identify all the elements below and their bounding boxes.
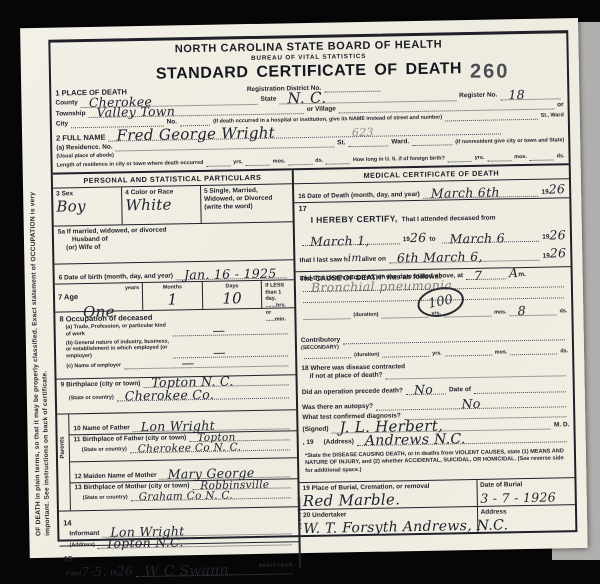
margin-line: OF DEATH in plain terms, so that it may … bbox=[29, 192, 42, 536]
register-no-value: 18 bbox=[508, 89, 525, 102]
age-row: 7 Age years One Months 1 Days 10 bbox=[55, 280, 294, 312]
cause-footnote: *State the DISEASE CAUSING DEATH, or in … bbox=[305, 448, 568, 475]
signed-label: (Signed) bbox=[302, 426, 328, 435]
state-value: N. C. bbox=[287, 90, 326, 106]
certificate-form: NORTH CAROLINA STATE BOARD OF HEALTH BUR… bbox=[48, 30, 577, 541]
full-name-value: Fred George Wright bbox=[116, 126, 275, 144]
father-birthplace-row: 11 Birthplace of Father (city or town) T… bbox=[70, 431, 297, 462]
place-of-burial-cell: 19 Place of Burial, Cremation, or remova… bbox=[299, 480, 476, 509]
undertaker-cell: 20 Undertaker W. T. Forsyth Andrews, N.C… bbox=[300, 507, 477, 536]
scanned-death-certificate: OF DEATH in plain terms, so that it may … bbox=[0, 0, 600, 584]
parents-group: Parents 10 Name of Father Lon Wright 11 … bbox=[57, 410, 298, 510]
parents-label: Parents bbox=[60, 436, 66, 458]
township-value: Valley Town bbox=[96, 106, 175, 120]
informant-number: 14 bbox=[63, 518, 72, 527]
occupation-b-label: (b) General nature of industry, business… bbox=[66, 338, 170, 360]
state-label: State bbox=[260, 96, 276, 104]
certify-block: 17 I HEREBY CERTIFY, That I attended dec… bbox=[294, 198, 570, 272]
duration-days-value: 8 bbox=[518, 305, 526, 318]
filed-year: 26 bbox=[117, 565, 134, 578]
age-days-value: 10 bbox=[222, 289, 242, 307]
certificate-number-stamp: 260 bbox=[470, 61, 509, 84]
occupation-a-label: (a) Trade, Profession, or particular kin… bbox=[66, 323, 170, 338]
city-label: City bbox=[56, 120, 68, 128]
occupation-b-value: — bbox=[213, 347, 226, 360]
attended-to-date: March 6 bbox=[449, 232, 505, 246]
father-name-label: 10 Name of Father bbox=[73, 424, 129, 433]
sex-value: Boy bbox=[56, 197, 86, 216]
last-saw-year: 26 bbox=[550, 248, 567, 261]
where-contracted-label2: if not at place of death? bbox=[309, 372, 382, 381]
last-saw-label: that I last saw h bbox=[299, 256, 348, 265]
residence-ward-label: Ward. bbox=[391, 138, 409, 146]
cause-of-death-block: The CAUSE OF DEATH* was as follows: Bron… bbox=[296, 267, 572, 336]
sex-color-marital-row: 3 Sex Boy 4 Color or Race White 5 Single… bbox=[53, 184, 293, 226]
occupation-c-label: (c) Name of employer bbox=[66, 362, 121, 370]
pencil-number: 623 bbox=[352, 127, 374, 138]
years-label: years bbox=[125, 285, 139, 292]
sex-cell: 3 Sex Boy bbox=[53, 187, 122, 225]
undertaker-row: 20 Undertaker W. T. Forsyth Andrews, N.C… bbox=[300, 505, 575, 536]
age-months-cell: Months 1 bbox=[142, 282, 202, 310]
residence-st-label: St. bbox=[337, 139, 345, 147]
secondary-label: (SECONDARY) bbox=[301, 344, 339, 351]
marital-cell: 5 Single, Married, Widowed, or Divorced … bbox=[200, 184, 293, 223]
date-of-burial-value: 3 - 7 - 1926 bbox=[480, 489, 556, 505]
signature-19-label: , 19 bbox=[303, 439, 314, 447]
dob-label: 6 Date of birth (month, day, and year) bbox=[59, 272, 174, 282]
filed-number: 15 bbox=[64, 554, 73, 563]
or-label: or bbox=[557, 101, 564, 109]
birthplace-state-label: (State or country) bbox=[69, 394, 114, 402]
date-of-burial-label: Date of Burial bbox=[480, 480, 572, 490]
diagnosis-signature-block: What test confirmed diagnosis? (Signed) … bbox=[298, 408, 574, 451]
date-of-death-label: 16 Date of Death (month, day, and year) bbox=[298, 191, 420, 201]
filed-row: 15 Filed 7-5, 19 26 W C Swann REGISTRAR bbox=[60, 542, 299, 572]
registrar-label: REGISTRAR bbox=[259, 562, 293, 568]
residence-label: (a) Residence. No. bbox=[56, 144, 112, 153]
color-race-value: White bbox=[125, 195, 172, 214]
date-of-burial-cell: Date of Burial 3 - 7 - 1926 bbox=[476, 478, 575, 506]
age-label: 7 Age bbox=[58, 292, 78, 301]
birthplace-state-value: Cherokee Co. bbox=[125, 389, 215, 403]
filed-date: 7-5, bbox=[81, 565, 107, 578]
date-of-death-year: 26 bbox=[549, 184, 566, 197]
register-no-label: Register No. bbox=[459, 92, 497, 101]
mother-birthplace-row: 13 Birthplace of Mother (city or town) R… bbox=[70, 479, 297, 510]
occupation-row: 8 Occupation of deceased (a) Trade, Prof… bbox=[55, 308, 295, 379]
autopsy-value: No bbox=[461, 398, 480, 411]
two-column-area: PERSONAL AND STATISTICAL PARTICULARS 3 S… bbox=[53, 163, 576, 572]
physician-address: Andrews N.C. bbox=[365, 432, 466, 448]
margin-line: important. See instructions on back of c… bbox=[41, 371, 51, 536]
county-label: County bbox=[55, 100, 78, 109]
informant-row: 14 Informant Lon Wright (Address) Topton… bbox=[59, 506, 299, 546]
length-residence-label: Length of residence in city or town wher… bbox=[57, 160, 204, 169]
informant-label: Informant bbox=[69, 530, 99, 539]
alive-on-label: alive on bbox=[362, 255, 386, 264]
certificate-paper: OF DEATH in plain terms, so that it may … bbox=[20, 18, 588, 558]
undertaker-address-label: Address bbox=[480, 507, 572, 517]
married-widowed-row: 5a If married, widowed, or divorced Husb… bbox=[54, 222, 294, 264]
township-label: Township bbox=[56, 110, 86, 119]
registrar-stamp: REGISTRAR bbox=[296, 497, 302, 530]
duration-label: (duration) bbox=[353, 312, 378, 319]
place-of-burial-value: Red Marble. bbox=[303, 490, 401, 510]
occupation-a-value: — bbox=[212, 325, 225, 338]
margin-instructions: OF DEATH in plain terms, so that it may … bbox=[20, 18, 578, 28]
dob-line: Jan. 16 - 1925 bbox=[176, 275, 287, 280]
st-ward-label: St., Ward bbox=[541, 112, 564, 119]
mother-name-label: 12 Maiden Name of Mother bbox=[74, 471, 156, 481]
occupation-c-value: — bbox=[181, 357, 194, 370]
autopsy-label: Was there an autopsy? bbox=[302, 402, 373, 411]
full-name-label: 2 FULL NAME bbox=[56, 132, 106, 142]
certificate-header: NORTH CAROLINA STATE BOARD OF HEALTH BUR… bbox=[50, 33, 567, 85]
marital-label: 5 Single, Married, Widowed, or Divorced … bbox=[204, 186, 290, 212]
age-years-cell: 7 Age years One bbox=[55, 283, 143, 312]
last-saw-date: 6th March 6, bbox=[397, 251, 483, 265]
mother-birthplace-state: Graham Co N. C. bbox=[139, 491, 234, 503]
birthplace-row: 9 Birthplace (city or town) Topton N. C.… bbox=[57, 375, 297, 414]
md-label: M. D. bbox=[554, 421, 570, 429]
age-days-cell: Days 10 bbox=[202, 281, 262, 309]
filed-label: Filed bbox=[66, 570, 81, 578]
certify-rest: That I attended deceased from bbox=[402, 214, 496, 224]
abode-note: (Usual place of abode) bbox=[56, 153, 114, 161]
medical-certificate-column: MEDICAL CERTIFICATE OF DEATH 16 Date of … bbox=[294, 165, 576, 568]
footnote-block: *State the DISEASE CAUSING DEATH, or in … bbox=[299, 446, 575, 483]
undertaker-address-cell: Address bbox=[476, 505, 575, 533]
registrar-signature: W C Swann bbox=[144, 564, 229, 580]
attended-from-year: 26 bbox=[410, 232, 427, 245]
color-race-cell: 4 Color or Race White bbox=[121, 186, 200, 224]
signature-address-label: (Address) bbox=[324, 438, 354, 447]
operation-value: No bbox=[414, 384, 433, 397]
certify-bold: I HEREBY CERTIFY, bbox=[311, 213, 398, 225]
attended-to-year: 26 bbox=[549, 229, 566, 242]
less-than-day-cell: If LESS than 1 day, .......hrs. or .....… bbox=[261, 280, 294, 308]
operation-date-of-label: Date of bbox=[449, 386, 471, 395]
how-long-us-label: How long in U. S. if of foreign birth? bbox=[353, 155, 445, 163]
attended-from-date: March 1, bbox=[310, 235, 370, 249]
father-birthplace-state: Cherokee Co N. C. bbox=[138, 442, 242, 454]
personal-particulars-column: PERSONAL AND STATISTICAL PARTICULARS 3 S… bbox=[53, 170, 301, 572]
last-saw-him: im bbox=[348, 253, 362, 264]
age-months-value: 1 bbox=[168, 290, 178, 308]
